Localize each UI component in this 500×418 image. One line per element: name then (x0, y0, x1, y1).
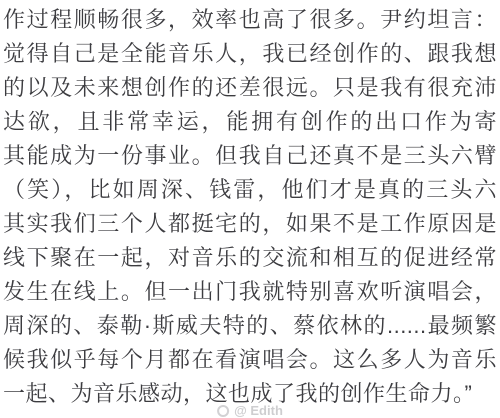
text-line: 达欲，且非常幸运，能拥有创作的出口作为寄托，尤 (3, 105, 497, 139)
text-line: 候我似乎每个月都在看演唱会。这么多人为音乐聚在 (3, 343, 497, 377)
text-line: 发生在线上。但一出门我就特别喜欢听演唱会，比如 (3, 275, 497, 309)
text-line: （笑），比如周深、钱雷，他们才是真的三头六臂。 (3, 173, 497, 207)
text-line: 作过程顺畅很多，效率也高了很多。尹约坦言：“真没 (3, 3, 497, 37)
article-text: 作过程顺畅很多，效率也高了很多。尹约坦言：“真没 觉得自己是全能音乐人，我已经创… (0, 0, 500, 411)
article-page: 作过程顺畅很多，效率也高了很多。尹约坦言：“真没 觉得自己是全能音乐人，我已经创… (0, 0, 500, 418)
text-line: 其能成为一份事业。但我自己还真不是三头六臂 (3, 139, 497, 173)
text-line: 的以及未来想创作的还差很远。只是我有很充沛的表 (3, 71, 497, 105)
text-line: 一起、为音乐感动，这也成了我的创作生命力。” (3, 377, 497, 411)
text-line: 觉得自己是全能音乐人，我已经创作的、跟我想表达 (3, 37, 497, 71)
text-line: 其实我们三个人都挺宅的，如果不是工作原因是很少 (3, 207, 497, 241)
text-line: 线下聚在一起，对音乐的交流和相互的促进经常都是 (3, 241, 497, 275)
text-line: 周深的、泰勒·斯威夫特的、蔡依林的......最频繁的时 (3, 309, 497, 343)
